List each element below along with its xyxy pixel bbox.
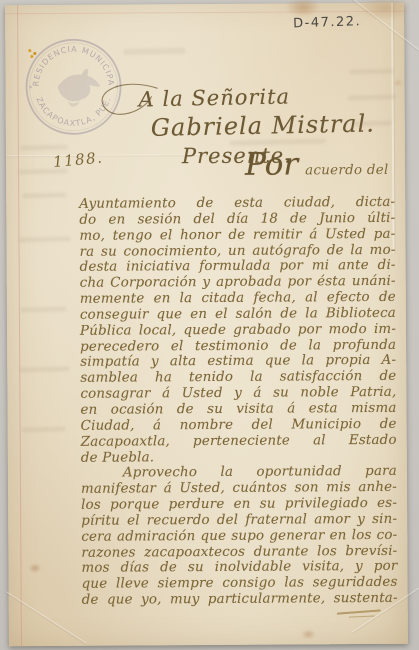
manuscript-line: Ciudad, á nombre del Municipio de (81, 417, 397, 435)
dash-stroke (337, 609, 381, 614)
manuscript-line: conseguir que en el salón de la Bibliote… (80, 306, 396, 324)
manuscript-line: de Puebla. (81, 448, 397, 466)
ghost-showthrough-mark (19, 366, 69, 372)
ghost-showthrough-mark (348, 94, 396, 100)
manuscript-line: ra su conocimiento, un autógrafo de la m… (80, 242, 396, 260)
manuscript-line: memente en la citada fecha, al efecto de (80, 290, 396, 308)
dash-stroke (349, 615, 375, 617)
opening-line: Por acuerdo del (79, 163, 395, 180)
age-stain (357, 0, 413, 21)
stamp-separator-dot (29, 86, 32, 89)
ghost-showthrough-mark (349, 68, 393, 74)
photo-background: PRESIDENCIA MUNICIPAL ZACAPOAXTLA, PUE. … (0, 0, 419, 650)
manuscript-page: PRESIDENCIA MUNICIPAL ZACAPOAXTLA, PUE. … (5, 3, 408, 646)
manuscript-line: de que yo, muy particularmente, sustenta… (82, 591, 398, 609)
manuscript-line: mos días de su inolvidable visita, y por (81, 559, 397, 577)
manuscript-line: mo, tengo el honor de remitir á Usted pa… (79, 227, 395, 245)
recipient-name: Gabriela Mistral. (151, 109, 376, 141)
manuscript-line: cera admiración que supo generar en los … (81, 528, 397, 546)
manuscript-line: do en sesión del día 18 de Junio últi- (79, 211, 395, 229)
paper-crease (6, 591, 87, 643)
manuscript-line: consagrar á Usted y á su noble Patria, (80, 385, 396, 403)
manuscript-line: Pública local, quede grabado por modo im… (80, 322, 396, 340)
opening-rest: acuerdo del (305, 163, 388, 179)
ghost-showthrough-mark (20, 144, 68, 150)
manuscript-line: Ayuntamiento de esta ciudad, dicta- (79, 195, 395, 213)
letter-body: Ayuntamiento de esta ciudad, dicta- do e… (79, 195, 398, 609)
manuscript-line: en ocasión de su visita á esta misma (80, 401, 396, 419)
salutation-line-1: A la Señorita (138, 84, 290, 111)
manuscript-line: píritu el recuerdo del fraternal amor y … (81, 512, 397, 530)
manuscript-line: que lleve siempre consigo las seguridade… (82, 575, 398, 593)
age-stain (28, 563, 41, 573)
eagle-crest-icon (57, 69, 100, 107)
manuscript-line: Zacapoaxtla, perteneciente al Estado (81, 432, 397, 450)
ghost-showthrough-mark (18, 236, 70, 242)
age-stain (394, 79, 403, 87)
ghost-showthrough-mark (21, 306, 67, 312)
age-stain (301, 629, 316, 639)
archive-code-annotation: D-47.22. (293, 14, 362, 31)
continuation-dash-mark (337, 611, 383, 617)
manuscript-line: manifestar á Usted, cuántos son mis anhe… (81, 480, 397, 498)
manuscript-line: cha Corporación y aprobada por ésta unán… (80, 274, 396, 292)
ghost-showthrough-mark (22, 426, 66, 432)
ghost-showthrough-mark (123, 48, 185, 55)
manuscript-line: los porque perdure en su privilegiado es… (81, 496, 397, 514)
ghost-showthrough-mark (22, 192, 66, 198)
